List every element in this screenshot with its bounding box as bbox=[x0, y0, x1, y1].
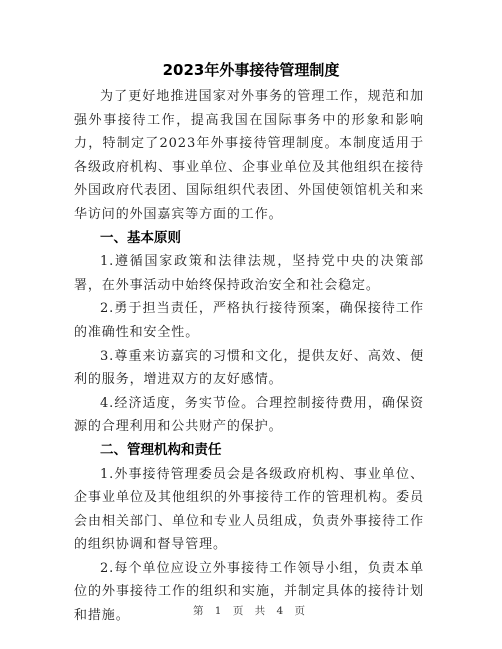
page-number-footer: 第 1 页 共 4 页 bbox=[0, 603, 502, 618]
document-body: 为了更好地推进国家对外事务的管理工作，规范和加强外事接待工作，提高我国在国际事务… bbox=[74, 85, 424, 628]
management-item-1: 1.外事接待管理委员会是各级政府机构、事业单位、企事业单位及其他组织的外事接待工… bbox=[74, 463, 424, 557]
intro-paragraph: 为了更好地推进国家对外事务的管理工作，规范和加强外事接待工作，提高我国在国际事务… bbox=[74, 85, 424, 227]
document-title: 2023年外事接待管理制度 bbox=[0, 60, 502, 80]
section-heading-management: 二、管理机构和责任 bbox=[74, 439, 424, 463]
section-heading-basic-principles: 一、基本原则 bbox=[74, 227, 424, 251]
document-page: 2023年外事接待管理制度 为了更好地推进国家对外事务的管理工作，规范和加强外事… bbox=[0, 0, 502, 649]
principle-item-4: 4.经济适度，务实节俭。合理控制接待费用，确保资源的合理利用和公共财产的保护。 bbox=[74, 392, 424, 439]
principle-item-1: 1.遵循国家政策和法律法规，坚持党中央的决策部署，在外事活动中始终保持政治安全和… bbox=[74, 250, 424, 297]
principle-item-3: 3.尊重来访嘉宾的习惯和文化，提供友好、高效、便利的服务，增进双方的友好感情。 bbox=[74, 345, 424, 392]
principle-item-2: 2.勇于担当责任，严格执行接待预案，确保接待工作的准确性和安全性。 bbox=[74, 297, 424, 344]
